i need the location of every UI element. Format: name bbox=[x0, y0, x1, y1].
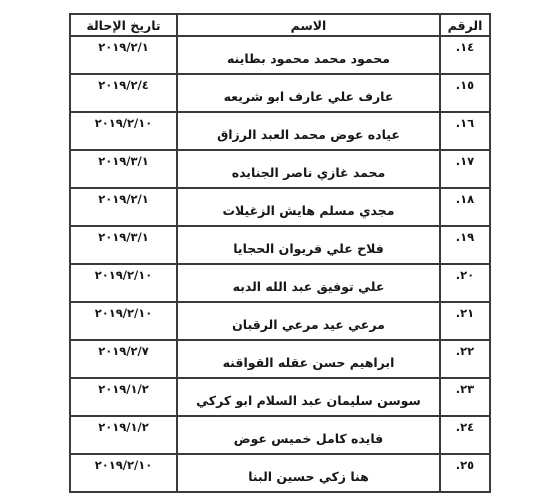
row-name: مجدي مسلم هايش الزغيلات bbox=[177, 188, 440, 226]
row-name: هنا زكي حسين البنا bbox=[177, 454, 440, 492]
referral-table: الرقم الاسم تاريخ الإحالة ١٤. محمود محمد… bbox=[69, 13, 491, 493]
header-date: تاريخ الإحالة bbox=[70, 14, 177, 36]
row-number: ١٥. bbox=[440, 74, 490, 112]
row-number: ٢٥. bbox=[440, 454, 490, 492]
table-row: ٢٥. هنا زكي حسين البنا ٢٠١٩/٢/١٠ bbox=[70, 454, 490, 492]
table-row: ١٨. مجدي مسلم هايش الزغيلات ٢٠١٩/٢/١ bbox=[70, 188, 490, 226]
row-date: ٢٠١٩/٢/١ bbox=[70, 36, 177, 74]
row-date: ٢٠١٩/١/٢ bbox=[70, 378, 177, 416]
row-name: ابراهيم حسن عقله القواقنه bbox=[177, 340, 440, 378]
row-name: فايده كامل خميس عوض bbox=[177, 416, 440, 454]
row-name: علي توفيق عبد الله الدبه bbox=[177, 264, 440, 302]
row-number: ٢٠. bbox=[440, 264, 490, 302]
row-date: ٢٠١٩/٢/١ bbox=[70, 188, 177, 226]
table-row: ١٩. فلاح علي فريوان الحجايا ٢٠١٩/٣/١ bbox=[70, 226, 490, 264]
row-name: مرعي عيد مرعي الرقبان bbox=[177, 302, 440, 340]
row-name: محمد غازي ناصر الجنايده bbox=[177, 150, 440, 188]
row-number: ١٦. bbox=[440, 112, 490, 150]
row-date: ٢٠١٩/٢/٤ bbox=[70, 74, 177, 112]
row-name: عياده عوض محمد العبد الرزاق bbox=[177, 112, 440, 150]
row-number: ١٩. bbox=[440, 226, 490, 264]
row-date: ٢٠١٩/٣/١ bbox=[70, 150, 177, 188]
row-name: فلاح علي فريوان الحجايا bbox=[177, 226, 440, 264]
row-number: ١٤. bbox=[440, 36, 490, 74]
row-date: ٢٠١٩/١/٢ bbox=[70, 416, 177, 454]
row-number: ٢٤. bbox=[440, 416, 490, 454]
table-row: ١٦. عياده عوض محمد العبد الرزاق ٢٠١٩/٢/١… bbox=[70, 112, 490, 150]
table-row: ٢٤. فايده كامل خميس عوض ٢٠١٩/١/٢ bbox=[70, 416, 490, 454]
row-number: ٢٢. bbox=[440, 340, 490, 378]
row-number: ١٨. bbox=[440, 188, 490, 226]
header-name: الاسم bbox=[177, 14, 440, 36]
table-row: ١٤. محمود محمد محمود بطاينه ٢٠١٩/٢/١ bbox=[70, 36, 490, 74]
table-row: ٢١. مرعي عيد مرعي الرقبان ٢٠١٩/٢/١٠ bbox=[70, 302, 490, 340]
row-date: ٢٠١٩/٢/١٠ bbox=[70, 112, 177, 150]
row-date: ٢٠١٩/٢/١٠ bbox=[70, 454, 177, 492]
table-row: ٢٠. علي توفيق عبد الله الدبه ٢٠١٩/٢/١٠ bbox=[70, 264, 490, 302]
row-number: ٢١. bbox=[440, 302, 490, 340]
row-date: ٢٠١٩/٢/١٠ bbox=[70, 264, 177, 302]
row-date: ٢٠١٩/٢/٧ bbox=[70, 340, 177, 378]
row-name: محمود محمد محمود بطاينه bbox=[177, 36, 440, 74]
table-row: ٢٣. سوسن سليمان عبد السلام ابو كركي ٢٠١٩… bbox=[70, 378, 490, 416]
row-number: ٢٣. bbox=[440, 378, 490, 416]
table-row: ٢٢. ابراهيم حسن عقله القواقنه ٢٠١٩/٢/٧ bbox=[70, 340, 490, 378]
table-row: ١٧. محمد غازي ناصر الجنايده ٢٠١٩/٣/١ bbox=[70, 150, 490, 188]
row-number: ١٧. bbox=[440, 150, 490, 188]
row-name: عارف علي عارف ابو شريعه bbox=[177, 74, 440, 112]
header-number: الرقم bbox=[440, 14, 490, 36]
table-header-row: الرقم الاسم تاريخ الإحالة bbox=[70, 14, 490, 36]
row-name: سوسن سليمان عبد السلام ابو كركي bbox=[177, 378, 440, 416]
row-date: ٢٠١٩/٣/١ bbox=[70, 226, 177, 264]
row-date: ٢٠١٩/٢/١٠ bbox=[70, 302, 177, 340]
table-row: ١٥. عارف علي عارف ابو شريعه ٢٠١٩/٢/٤ bbox=[70, 74, 490, 112]
